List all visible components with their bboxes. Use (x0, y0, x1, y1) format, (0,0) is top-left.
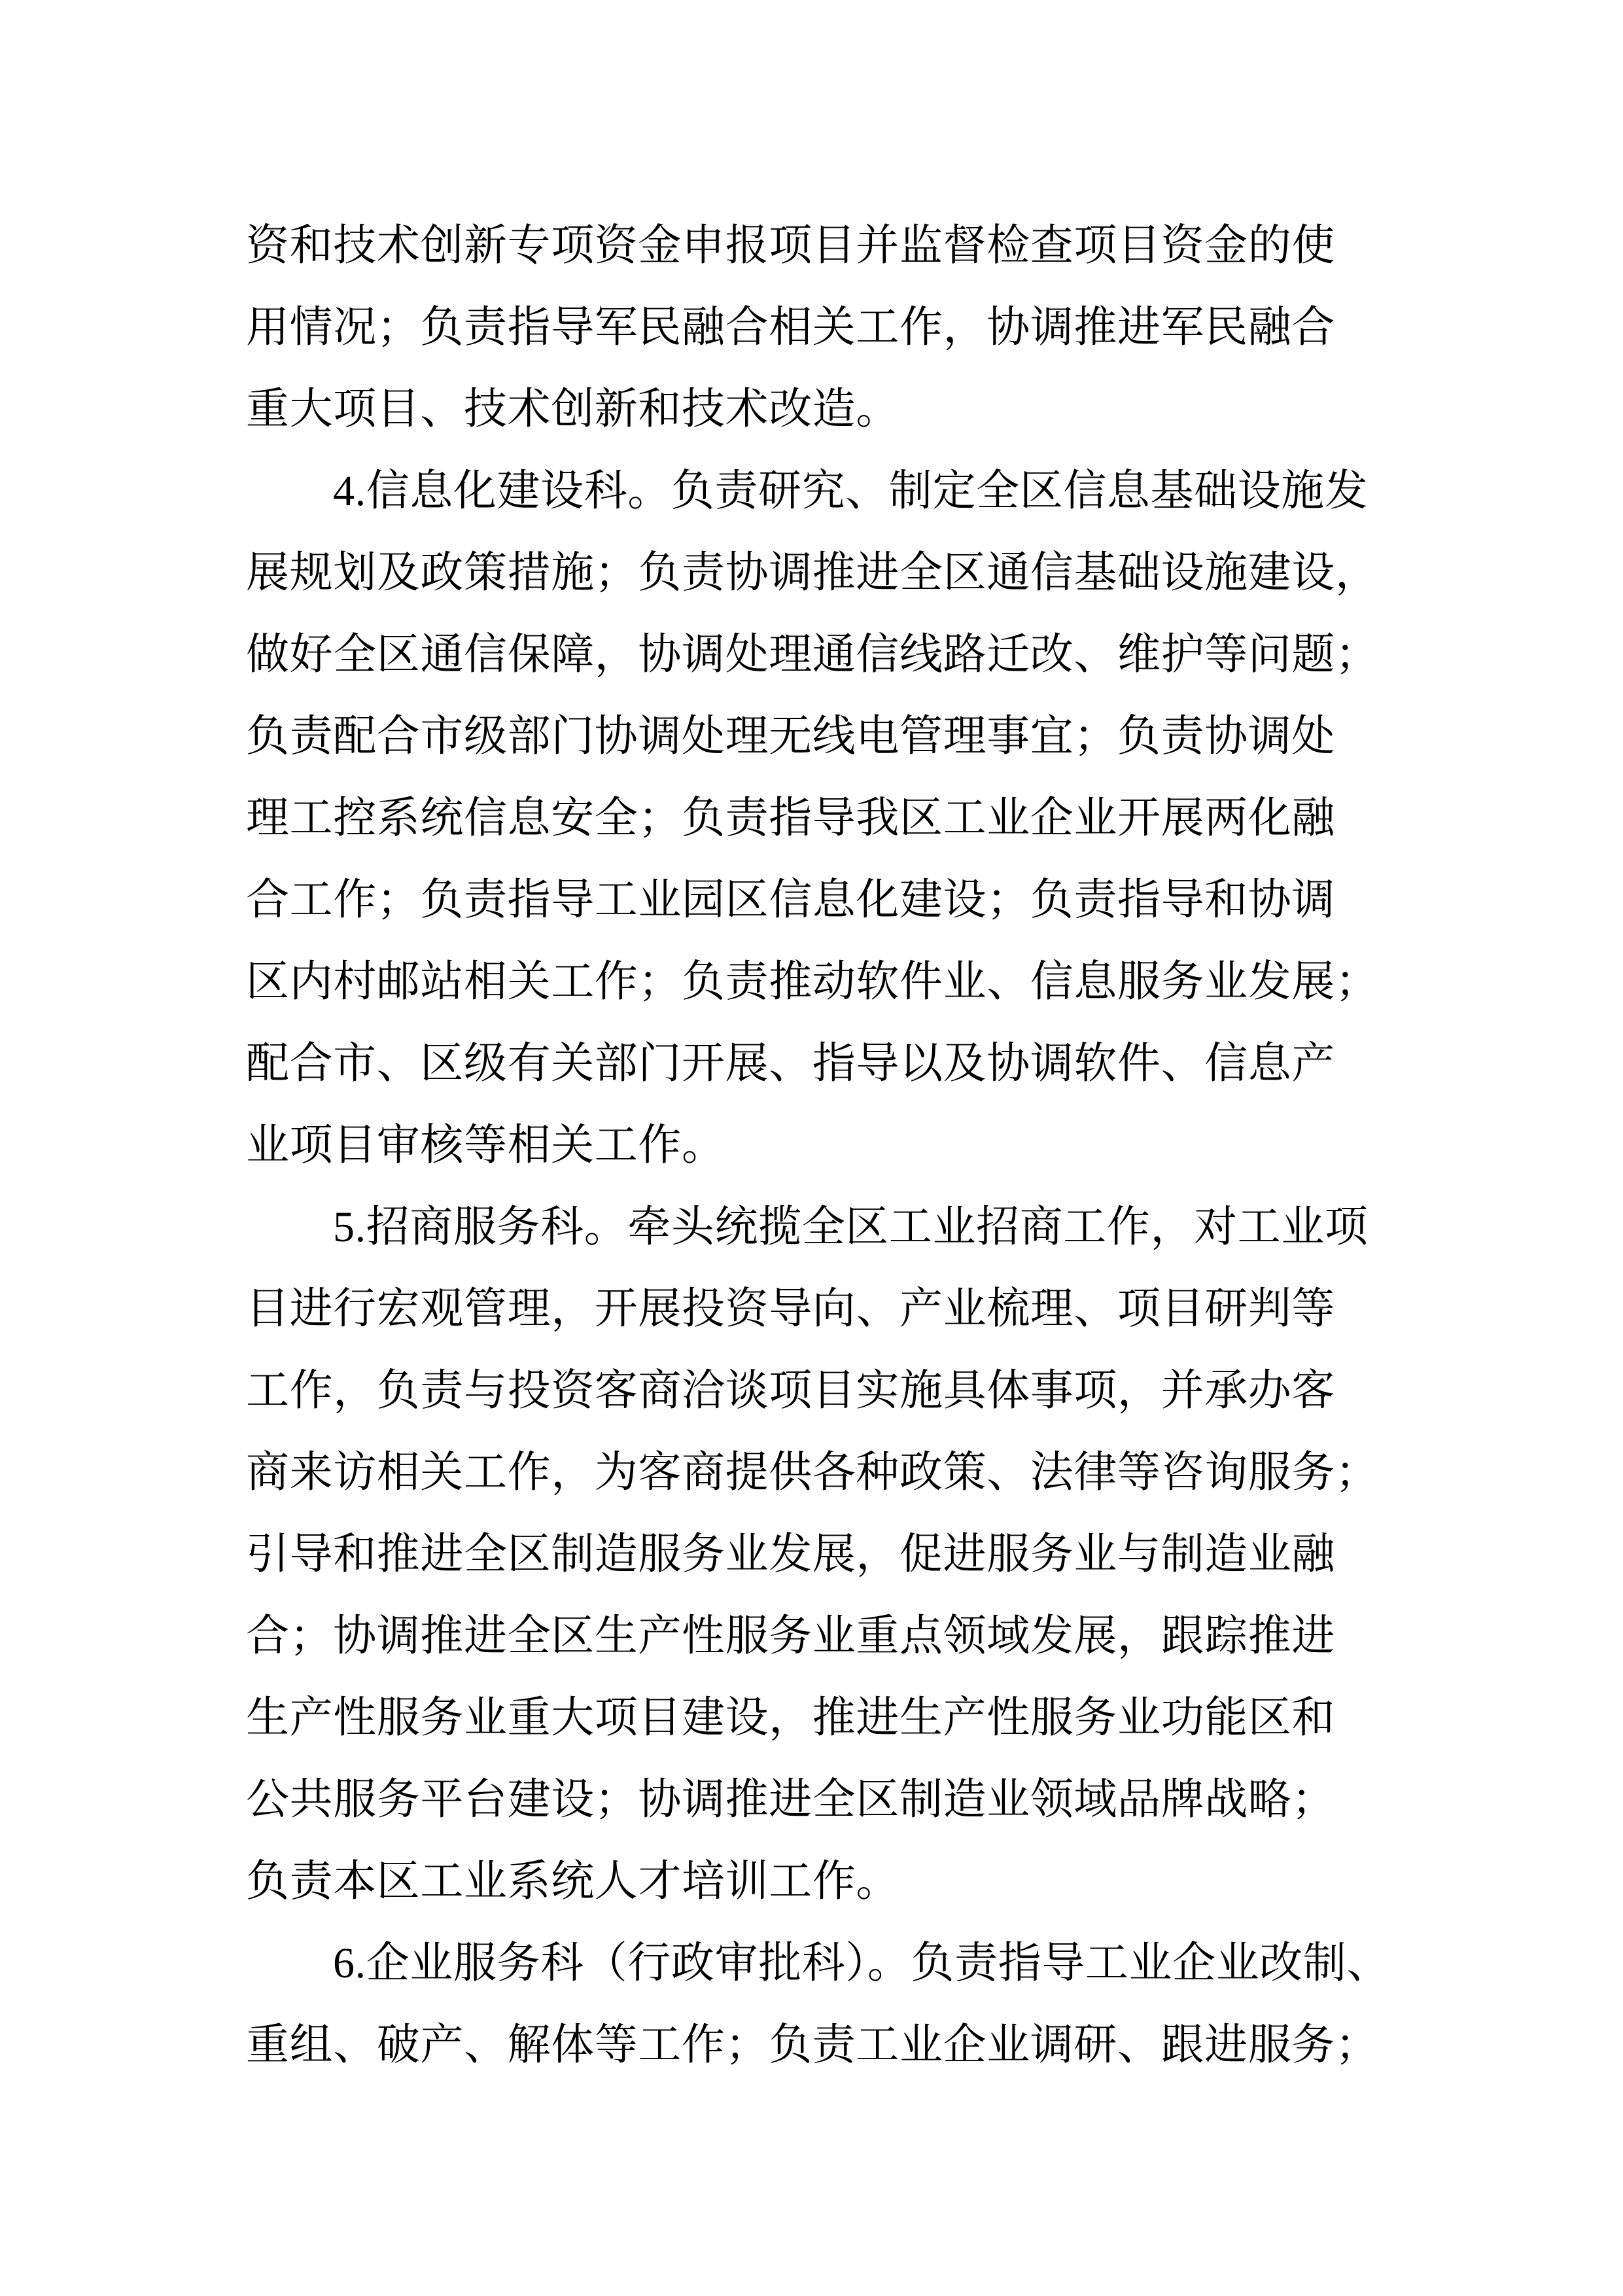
paragraph-section-5: 5.招商服务科。牵头统揽全区工业招商工作，对工业项 目进行宏观管理，开展投资导向… (246, 1186, 1380, 1922)
text-line: 商来访相关工作，为客商提供各种政策、法律等咨询服务； (246, 1431, 1380, 1513)
text-line: 合工作；负责指导工业园区信息化建设；负责指导和协调 (246, 858, 1380, 940)
text-line: 区内村邮站相关工作；负责推动软件业、信息服务业发展； (246, 940, 1380, 1022)
paragraph-first-line: 4.信息化建设科。负责研究、制定全区信息基础设施发 (246, 450, 1380, 531)
section-heading-text: 信息化建设科。负责研究、制定全区信息基础设施发 (366, 465, 1369, 516)
section-heading-text: 招商服务科。牵头统揽全区工业招商工作，对工业项 (366, 1201, 1369, 1252)
section-number: 6. (333, 1939, 366, 1987)
text-line: 负责配合市级部门协调处理无线电管理事宜；负责协调处 (246, 695, 1380, 777)
paragraph-first-line: 5.招商服务科。牵头统揽全区工业招商工作，对工业项 (246, 1186, 1380, 1267)
section-number: 5. (333, 1203, 366, 1251)
text-line: 重大项目、技术创新和技术改造。 (246, 368, 1380, 450)
paragraph-first-line: 6.企业服务科（行政审批科）。负责指导工业企业改制、 (246, 1922, 1380, 2004)
text-line: 做好全区通信保障，协调处理通信线路迁改、维护等问题； (246, 613, 1380, 695)
text-line: 业项目审核等相关工作。 (246, 1104, 1380, 1186)
text-line: 展规划及政策措施；负责协调推进全区通信基础设施建设， (246, 531, 1380, 613)
text-line: 用情况；负责指导军民融合相关工作，协调推进军民融合 (246, 286, 1380, 368)
section-number: 4. (333, 467, 366, 515)
text-line: 资和技术创新专项资金申报项目并监督检查项目资金的使 (246, 204, 1380, 286)
text-line: 理工控系统信息安全；负责指导我区工业企业开展两化融 (246, 777, 1380, 858)
text-line: 工作，负责与投资客商洽谈项目实施具体事项，并承办客 (246, 1349, 1380, 1431)
text-line: 公共服务平台建设；协调推进全区制造业领域品牌战略； (246, 1758, 1380, 1840)
text-line: 引导和推进全区制造服务业发展，促进服务业与制造业融 (246, 1513, 1380, 1595)
section-heading-text: 企业服务科（行政审批科）。负责指导工业企业改制、 (366, 1937, 1390, 1988)
text-line: 配合市、区级有关部门开展、指导以及协调软件、信息产 (246, 1022, 1380, 1104)
document-body: 资和技术创新专项资金申报项目并监督检查项目资金的使 用情况；负责指导军民融合相关… (246, 204, 1380, 2085)
document-page: 资和技术创新专项资金申报项目并监督检查项目资金的使 用情况；负责指导军民融合相关… (0, 0, 1623, 2296)
text-line: 目进行宏观管理，开展投资导向、产业梳理、项目研判等 (246, 1267, 1380, 1349)
paragraph-section-6: 6.企业服务科（行政审批科）。负责指导工业企业改制、 重组、破产、解体等工作；负… (246, 1922, 1380, 2085)
paragraph-section-4: 4.信息化建设科。负责研究、制定全区信息基础设施发 展规划及政策措施；负责协调推… (246, 450, 1380, 1186)
text-line: 合；协调推进全区生产性服务业重点领域发展，跟踪推进 (246, 1595, 1380, 1676)
paragraph-section-3-continued: 资和技术创新专项资金申报项目并监督检查项目资金的使 用情况；负责指导军民融合相关… (246, 204, 1380, 450)
text-line: 负责本区工业系统人才培训工作。 (246, 1840, 1380, 1922)
text-line: 生产性服务业重大项目建设，推进生产性服务业功能区和 (246, 1676, 1380, 1758)
text-line: 重组、破产、解体等工作；负责工业企业调研、跟进服务； (246, 2004, 1380, 2085)
